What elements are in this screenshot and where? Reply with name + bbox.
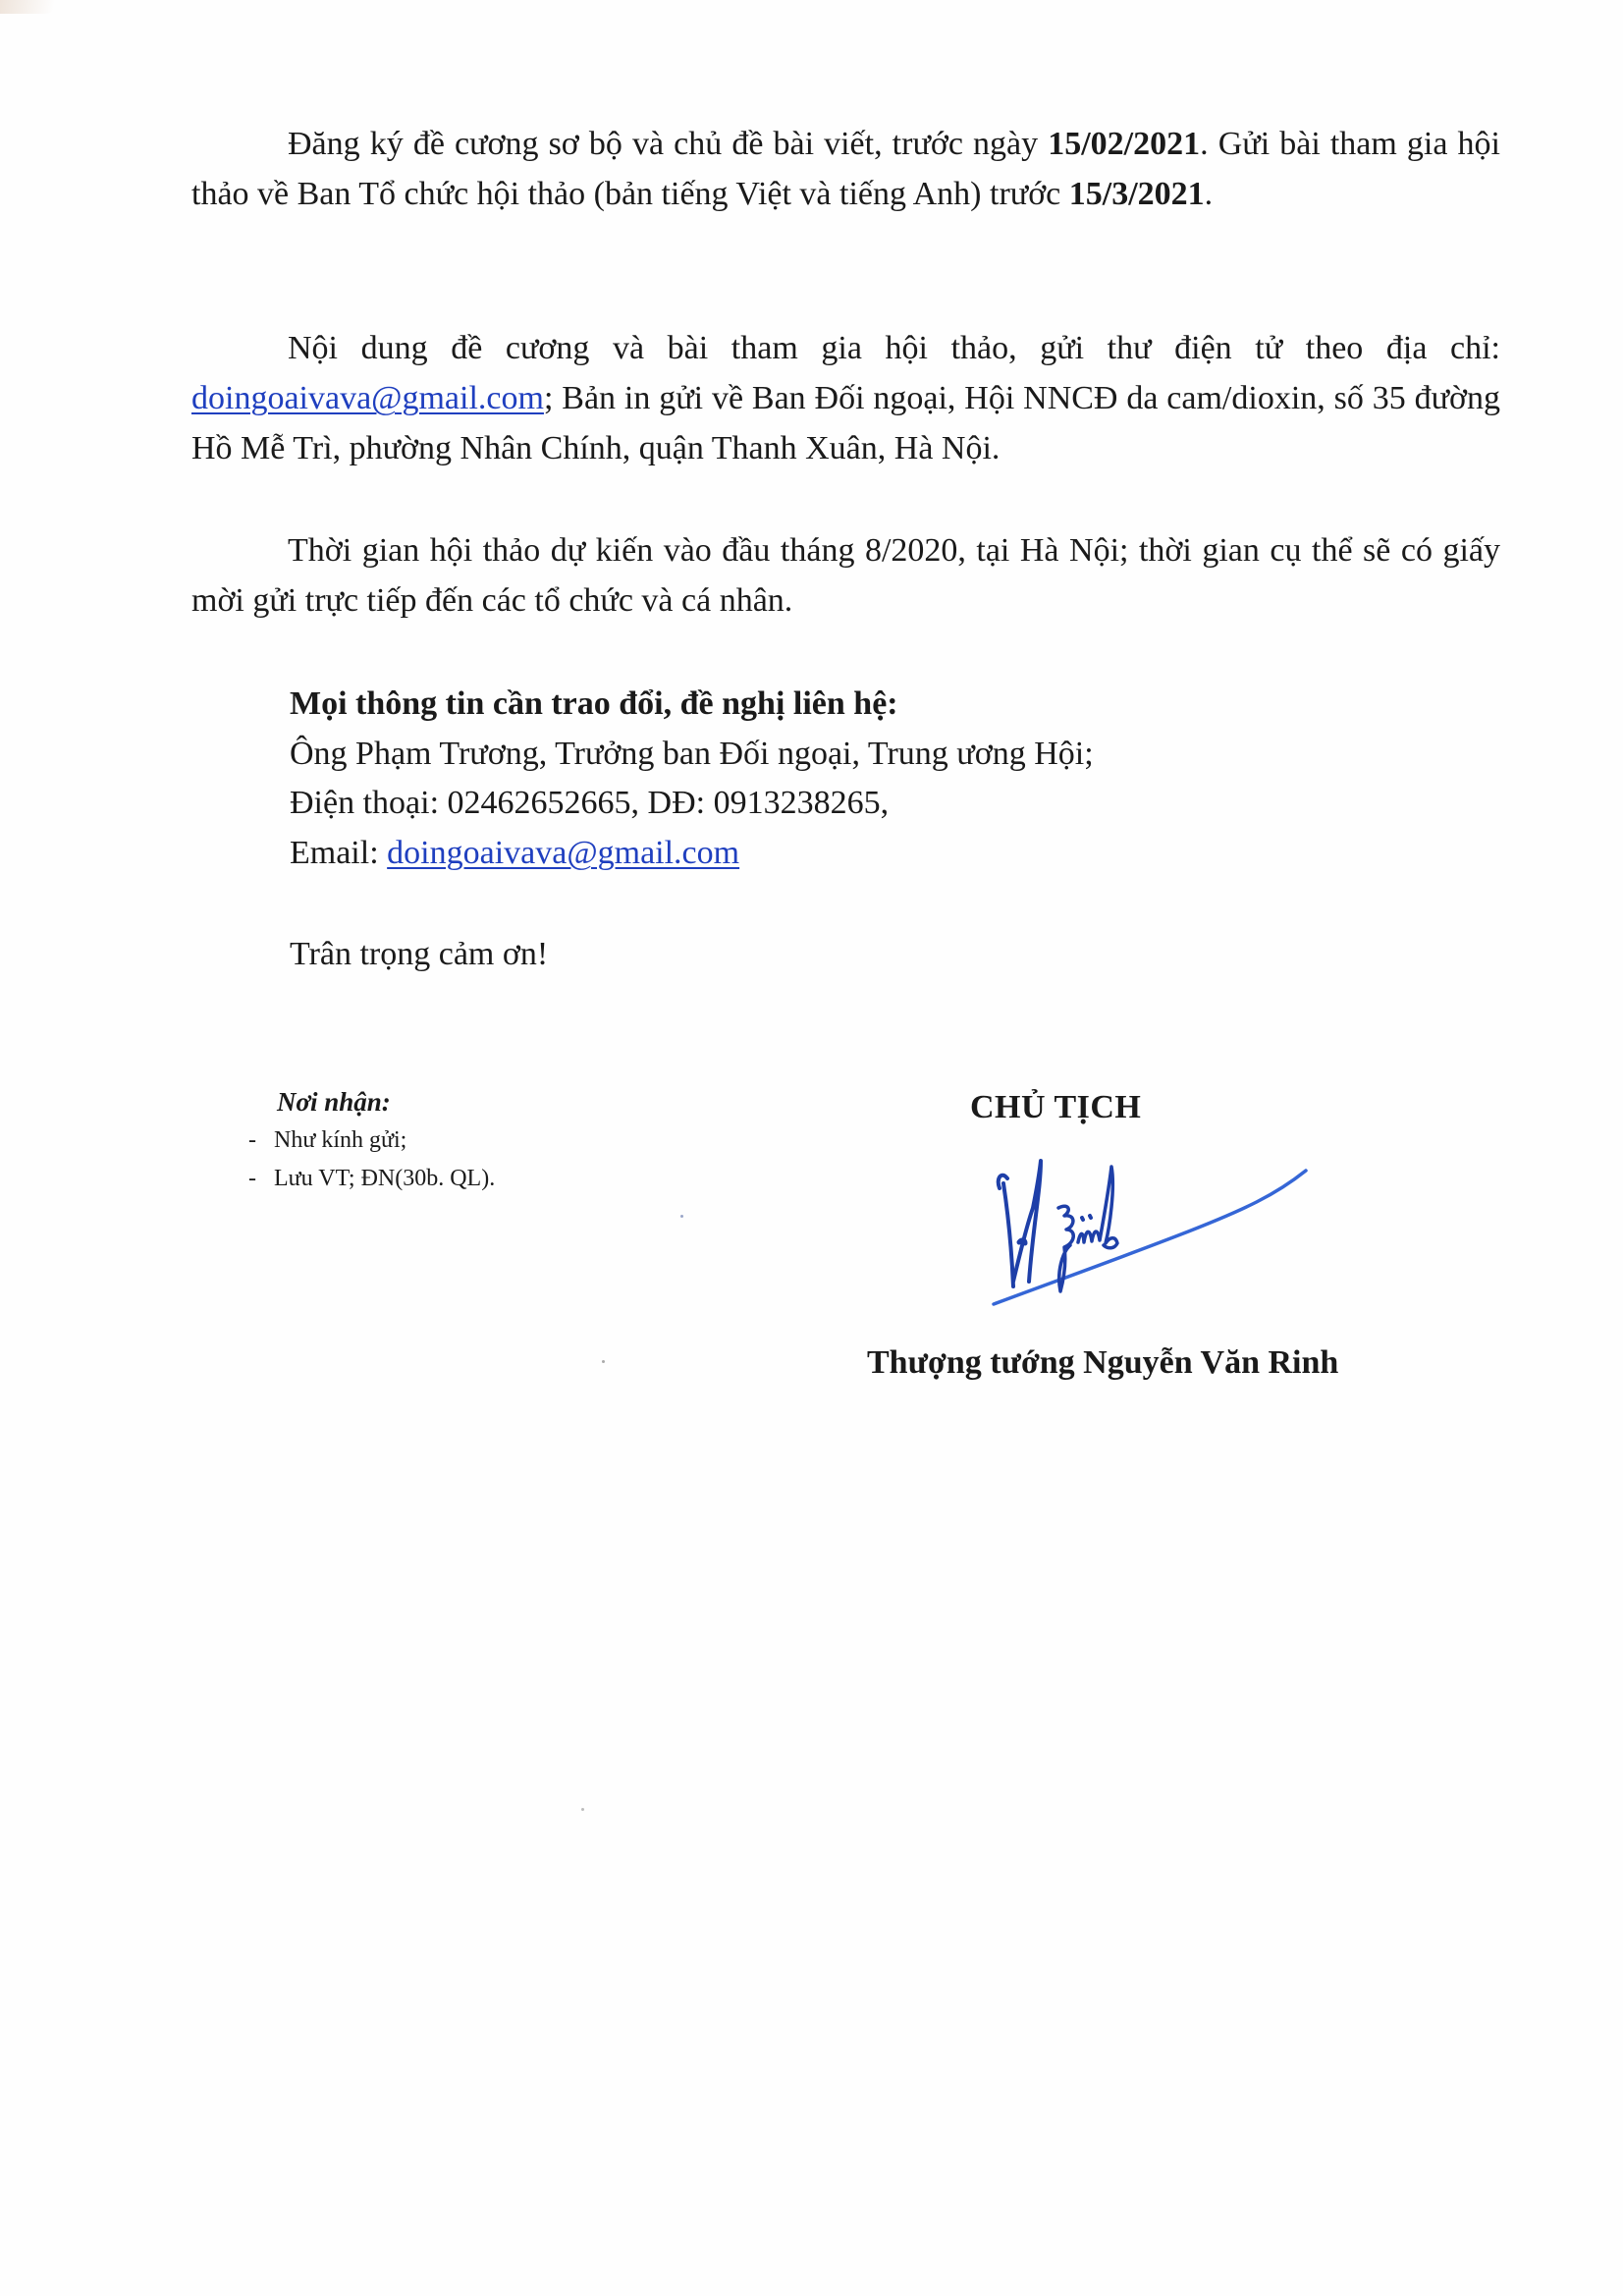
p2-text-a: Nội dung đề cương và bài tham gia hội th… bbox=[288, 330, 1500, 366]
p1-text-c: . bbox=[1205, 176, 1214, 212]
paragraph-schedule: Thời gian hội thảo dự kiến vào đầu tháng… bbox=[191, 525, 1500, 626]
signer-name: Thượng tướng Nguyễn Văn Rinh bbox=[867, 1343, 1338, 1383]
scan-speck bbox=[602, 1360, 605, 1363]
scan-speck bbox=[680, 1215, 683, 1218]
contact-heading: Mọi thông tin cần trao đổi, đề nghị liên… bbox=[290, 680, 1094, 730]
contact-block: Mọi thông tin cần trao đổi, đề nghị liên… bbox=[290, 680, 1094, 878]
contact-person: Ông Phạm Trương, Trưởng ban Đối ngoại, T… bbox=[290, 730, 1094, 780]
list-item: -Lưu VT; ĐN(30b. QL). bbox=[245, 1160, 495, 1198]
document-page: Đăng ký đề cương sơ bộ và chủ đề bài viế… bbox=[0, 0, 1623, 2296]
position-title: CHỦ TỊCH bbox=[970, 1088, 1141, 1127]
bullet-dash: - bbox=[245, 1121, 274, 1160]
recipients-block: Nơi nhận: -Như kính gửi; -Lưu VT; ĐN(30b… bbox=[245, 1084, 495, 1198]
contact-email-line: Email: doingoaivava@gmail.com bbox=[290, 829, 1094, 879]
recipients-title: Nơi nhận: bbox=[277, 1084, 495, 1120]
recipient-text: Lưu VT; ĐN(30b. QL). bbox=[274, 1166, 495, 1191]
p3-text: Thời gian hội thảo dự kiến vào đầu tháng… bbox=[191, 532, 1500, 619]
contact-email-link[interactable]: doingoaivava@gmail.com bbox=[387, 835, 739, 871]
scan-artifact bbox=[0, 0, 59, 14]
paper-deadline: 15/3/2021 bbox=[1069, 176, 1205, 212]
signature-icon bbox=[982, 1149, 1316, 1321]
recipient-text: Như kính gửi; bbox=[274, 1127, 406, 1153]
paragraph-registration: Đăng ký đề cương sơ bộ và chủ đề bài viế… bbox=[191, 119, 1500, 219]
paragraph-submission: Nội dung đề cương và bài tham gia hội th… bbox=[191, 323, 1500, 473]
closing-text: Trân trọng cảm ơn! bbox=[290, 930, 548, 979]
p1-text-a: Đăng ký đề cương sơ bộ và chủ đề bài viế… bbox=[288, 126, 1048, 162]
email-link[interactable]: doingoaivava@gmail.com bbox=[191, 380, 544, 416]
contact-phone: Điện thoại: 02462652665, DĐ: 0913238265, bbox=[290, 779, 1094, 829]
bullet-dash: - bbox=[245, 1160, 274, 1198]
email-label: Email: bbox=[290, 835, 387, 871]
outline-deadline: 15/02/2021 bbox=[1048, 126, 1200, 162]
list-item: -Như kính gửi; bbox=[245, 1121, 495, 1160]
recipients-list: -Như kính gửi; -Lưu VT; ĐN(30b. QL). bbox=[245, 1121, 495, 1198]
scan-speck bbox=[581, 1808, 584, 1811]
